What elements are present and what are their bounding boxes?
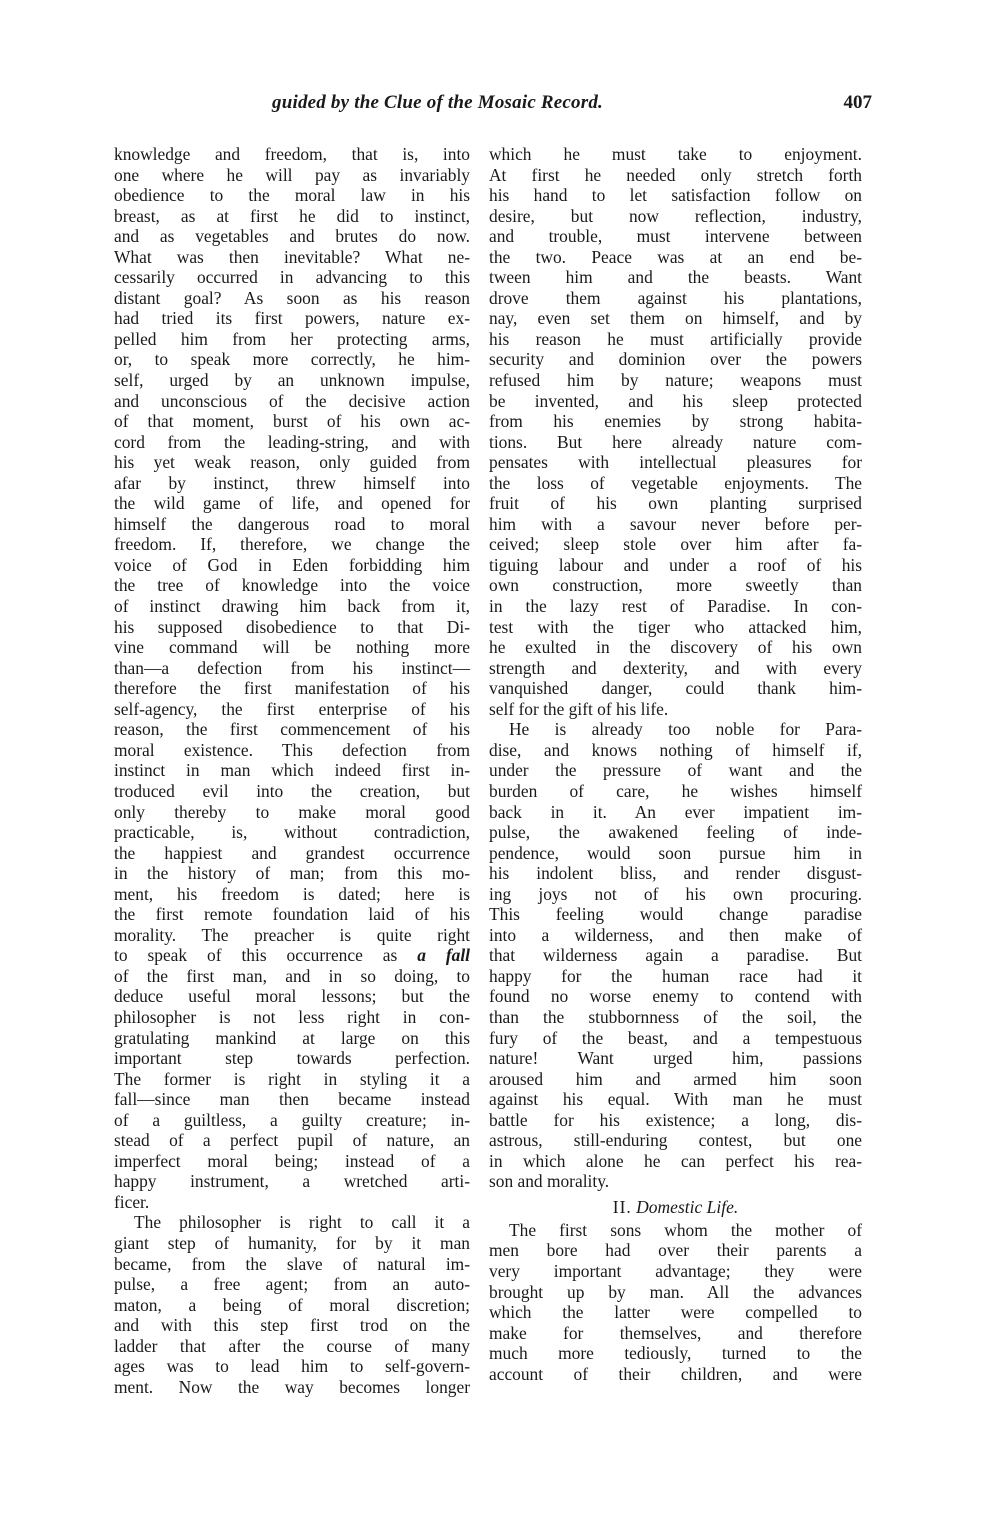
text-line: brought up by man. All the advances <box>489 1282 862 1303</box>
text-line: vanquished danger, could thank him- <box>489 678 862 699</box>
text-line: cord from the leading-string, and with <box>114 432 470 453</box>
text-line: to speak of this occurrence as a fall <box>114 945 470 966</box>
paragraph: He is already too noble for Para-dise, a… <box>489 719 862 1192</box>
text-line: from his enemies by strong habita- <box>489 411 862 432</box>
text-line: nay, even set them on himself, and by <box>489 308 862 329</box>
text-line: important step towards perfection. <box>114 1048 470 1069</box>
paragraph: knowledge and freedom, that is, intoone … <box>114 144 470 945</box>
text-line: This feeling would change paradise <box>489 904 862 925</box>
text-line: which the latter were compelled to <box>489 1302 862 1323</box>
text-line: ceived; sleep stole over him after fa- <box>489 534 862 555</box>
text-line: test with the tiger who attacked him, <box>489 617 862 638</box>
text-line: ment, his freedom is dated; here is <box>114 884 470 905</box>
text-line: and with this step first trod on the <box>114 1315 470 1336</box>
text-line: pensates with intellectual pleasures for <box>489 452 862 473</box>
text-span: to speak of this occurrence as <box>114 945 417 965</box>
text-line: his hand to let satisfaction follow on <box>489 185 862 206</box>
text-line: the loss of vegetable enjoyments. The <box>489 473 862 494</box>
text-line: fall—since man then became instead <box>114 1089 470 1110</box>
text-line: his reason he must artificially provide <box>489 329 862 350</box>
text-line: be invented, and his sleep protected <box>489 391 862 412</box>
text-line: security and dominion over the powers <box>489 349 862 370</box>
text-line: one where he will pay as invariably <box>114 165 470 186</box>
text-line: ages was to lead him to self-govern- <box>114 1356 470 1377</box>
text-line: drove them against his plantations, <box>489 288 862 309</box>
text-line: his supposed disobedience to that Di- <box>114 617 470 638</box>
text-line: had tried its first powers, nature ex- <box>114 308 470 329</box>
text-line: gratulating mankind at large on this <box>114 1028 470 1049</box>
text-line: reason, the first commencement of his <box>114 719 470 740</box>
text-line: happy instrument, a wretched arti- <box>114 1171 470 1192</box>
text-line: under the pressure of want and the <box>489 760 862 781</box>
text-line: At first he needed only stretch forth <box>489 165 862 186</box>
text-line: ment. Now the way becomes longer <box>114 1377 470 1398</box>
text-line: nature! Want urged him, passions <box>489 1048 862 1069</box>
text-line: He is already too noble for Para- <box>489 719 862 740</box>
italic-emphasis: a fall <box>417 945 470 965</box>
text-line: happy for the human race had it <box>489 966 862 987</box>
text-line: of instinct drawing him back from it, <box>114 596 470 617</box>
text-line: cessarily occurred in advancing to this <box>114 267 470 288</box>
text-line: The former is right in styling it a <box>114 1069 470 1090</box>
text-line: ficer. <box>114 1192 470 1213</box>
text-line: therefore the first manifestation of his <box>114 678 470 699</box>
text-line: dise, and knows nothing of himself if, <box>489 740 862 761</box>
text-line: and trouble, must intervene between <box>489 226 862 247</box>
text-line: much more tediously, turned to the <box>489 1343 862 1364</box>
text-line: fury of the beast, and a tempestuous <box>489 1028 862 1049</box>
text-line: refused him by nature; weapons must <box>489 370 862 391</box>
text-line: self for the gift of his life. <box>489 699 862 720</box>
text-line: burden of care, he wishes himself <box>489 781 862 802</box>
text-line: found no worse enemy to contend with <box>489 986 862 1007</box>
text-line: stead of a perfect pupil of nature, an <box>114 1130 470 1151</box>
text-line: The philosopher is right to call it a <box>114 1212 470 1233</box>
text-line: his yet weak reason, only guided from <box>114 452 470 473</box>
text-line: freedom. If, therefore, we change the <box>114 534 470 555</box>
text-line: own construction, more sweetly than <box>489 575 862 596</box>
text-line: vine command will be nothing more <box>114 637 470 658</box>
text-line: and unconscious of the decisive action <box>114 391 470 412</box>
text-line: afar by instinct, threw himself into <box>114 473 470 494</box>
text-line: ing joys not of his own procuring. <box>489 884 862 905</box>
text-line: troduced evil into the creation, but <box>114 781 470 802</box>
running-header: guided by the Clue of the Mosaic Record.… <box>272 92 872 122</box>
paragraph: which he must take to enjoyment.At first… <box>489 144 862 719</box>
text-line: the first remote foundation laid of his <box>114 904 470 925</box>
paragraph: The philosopher is right to call it agia… <box>114 1212 470 1397</box>
text-line: back in it. An ever impatient im- <box>489 802 862 823</box>
text-line: aroused him and armed him soon <box>489 1069 862 1090</box>
right-column: which he must take to enjoyment.At first… <box>489 144 862 1384</box>
text-line: his indolent bliss, and render disgust- <box>489 863 862 884</box>
text-line: of the first man, and in so doing, to <box>114 966 470 987</box>
text-line: the tree of knowledge into the voice <box>114 575 470 596</box>
text-line: in the lazy rest of Paradise. In con- <box>489 596 862 617</box>
text-line: of a guiltless, a guilty creature; in- <box>114 1110 470 1131</box>
text-line: breast, as at first he did to instinct, <box>114 206 470 227</box>
text-line: in which alone he can perfect his rea- <box>489 1151 862 1172</box>
text-line: into a wilderness, and then make of <box>489 925 862 946</box>
text-line: only thereby to make moral good <box>114 802 470 823</box>
text-line: himself the dangerous road to moral <box>114 514 470 535</box>
section-title: Domestic Life. <box>636 1197 738 1217</box>
text-line: in the history of man; from this mo- <box>114 863 470 884</box>
text-line: very important advantage; they were <box>489 1261 862 1282</box>
text-line: philosopher is not less right in con- <box>114 1007 470 1028</box>
text-line: son and morality. <box>489 1171 862 1192</box>
text-line: giant step of humanity, for by it man <box>114 1233 470 1254</box>
text-line: him with a savour never before per- <box>489 514 862 535</box>
text-line: What was then inevitable? What ne- <box>114 247 470 268</box>
text-line: or, to speak more correctly, he him- <box>114 349 470 370</box>
text-line: make for themselves, and therefore <box>489 1323 862 1344</box>
text-line: the wild game of life, and opened for <box>114 493 470 514</box>
text-line: instinct in man which indeed first in- <box>114 760 470 781</box>
paragraph-continuation: of the first man, and in so doing, toded… <box>114 966 470 1213</box>
text-line: practicable, is, without contradiction, <box>114 822 470 843</box>
page-number: 407 <box>844 92 873 114</box>
text-line: The first sons whom the mother of <box>489 1220 862 1241</box>
text-line: than the stubbornness of the soil, the <box>489 1007 862 1028</box>
text-line: fruit of his own planting surprised <box>489 493 862 514</box>
text-line: account of their children, and were <box>489 1364 862 1385</box>
text-line: obedience to the moral law in his <box>114 185 470 206</box>
text-line: the two. Peace was at an end be- <box>489 247 862 268</box>
text-line: self, urged by an unknown impulse, <box>114 370 470 391</box>
running-title: guided by the Clue of the Mosaic Record. <box>272 92 603 114</box>
text-line: which he must take to enjoyment. <box>489 144 862 165</box>
text-line: maton, a being of moral discretion; <box>114 1295 470 1316</box>
text-line: battle for his existence; a long, dis- <box>489 1110 862 1131</box>
left-column: knowledge and freedom, that is, intoone … <box>114 144 470 1397</box>
text-line: tions. But here already nature com- <box>489 432 862 453</box>
text-line: against his equal. With man he must <box>489 1089 862 1110</box>
text-line: and as vegetables and brutes do now. <box>114 226 470 247</box>
text-line: tween him and the beasts. Want <box>489 267 862 288</box>
text-line: ladder that after the course of many <box>114 1336 470 1357</box>
text-line: pendence, would soon pursue him in <box>489 843 862 864</box>
text-line: pelled him from her protecting arms, <box>114 329 470 350</box>
text-line: pulse, a free agent; from an auto- <box>114 1274 470 1295</box>
text-line: that wilderness again a paradise. But <box>489 945 862 966</box>
text-line: he exulted in the discovery of his own <box>489 637 862 658</box>
section-number: II. <box>613 1197 632 1217</box>
text-line: morality. The preacher is quite right <box>114 925 470 946</box>
text-line: tiguing labour and under a roof of his <box>489 555 862 576</box>
text-line: self-agency, the first enterprise of his <box>114 699 470 720</box>
text-line: deduce useful moral lessons; but the <box>114 986 470 1007</box>
text-line: than—a defection from his instinct— <box>114 658 470 679</box>
text-line: imperfect moral being; instead of a <box>114 1151 470 1172</box>
text-line: voice of God in Eden forbidding him <box>114 555 470 576</box>
text-line: strength and dexterity, and with every <box>489 658 862 679</box>
paragraph: The first sons whom the mother ofmen bor… <box>489 1220 862 1384</box>
text-line: astrous, still-enduring contest, but one <box>489 1130 862 1151</box>
text-line: men bore had over their parents a <box>489 1240 862 1261</box>
text-line: distant goal? As soon as his reason <box>114 288 470 309</box>
text-line: the happiest and grandest occurrence <box>114 843 470 864</box>
section-heading: II. Domestic Life. <box>489 1192 862 1218</box>
text-line: moral existence. This defection from <box>114 740 470 761</box>
text-line: became, from the slave of natural im- <box>114 1254 470 1275</box>
text-line: of that moment, burst of his own ac- <box>114 411 470 432</box>
text-line: desire, but now reflection, industry, <box>489 206 862 227</box>
text-line: knowledge and freedom, that is, into <box>114 144 470 165</box>
text-line: pulse, the awakened feeling of inde- <box>489 822 862 843</box>
